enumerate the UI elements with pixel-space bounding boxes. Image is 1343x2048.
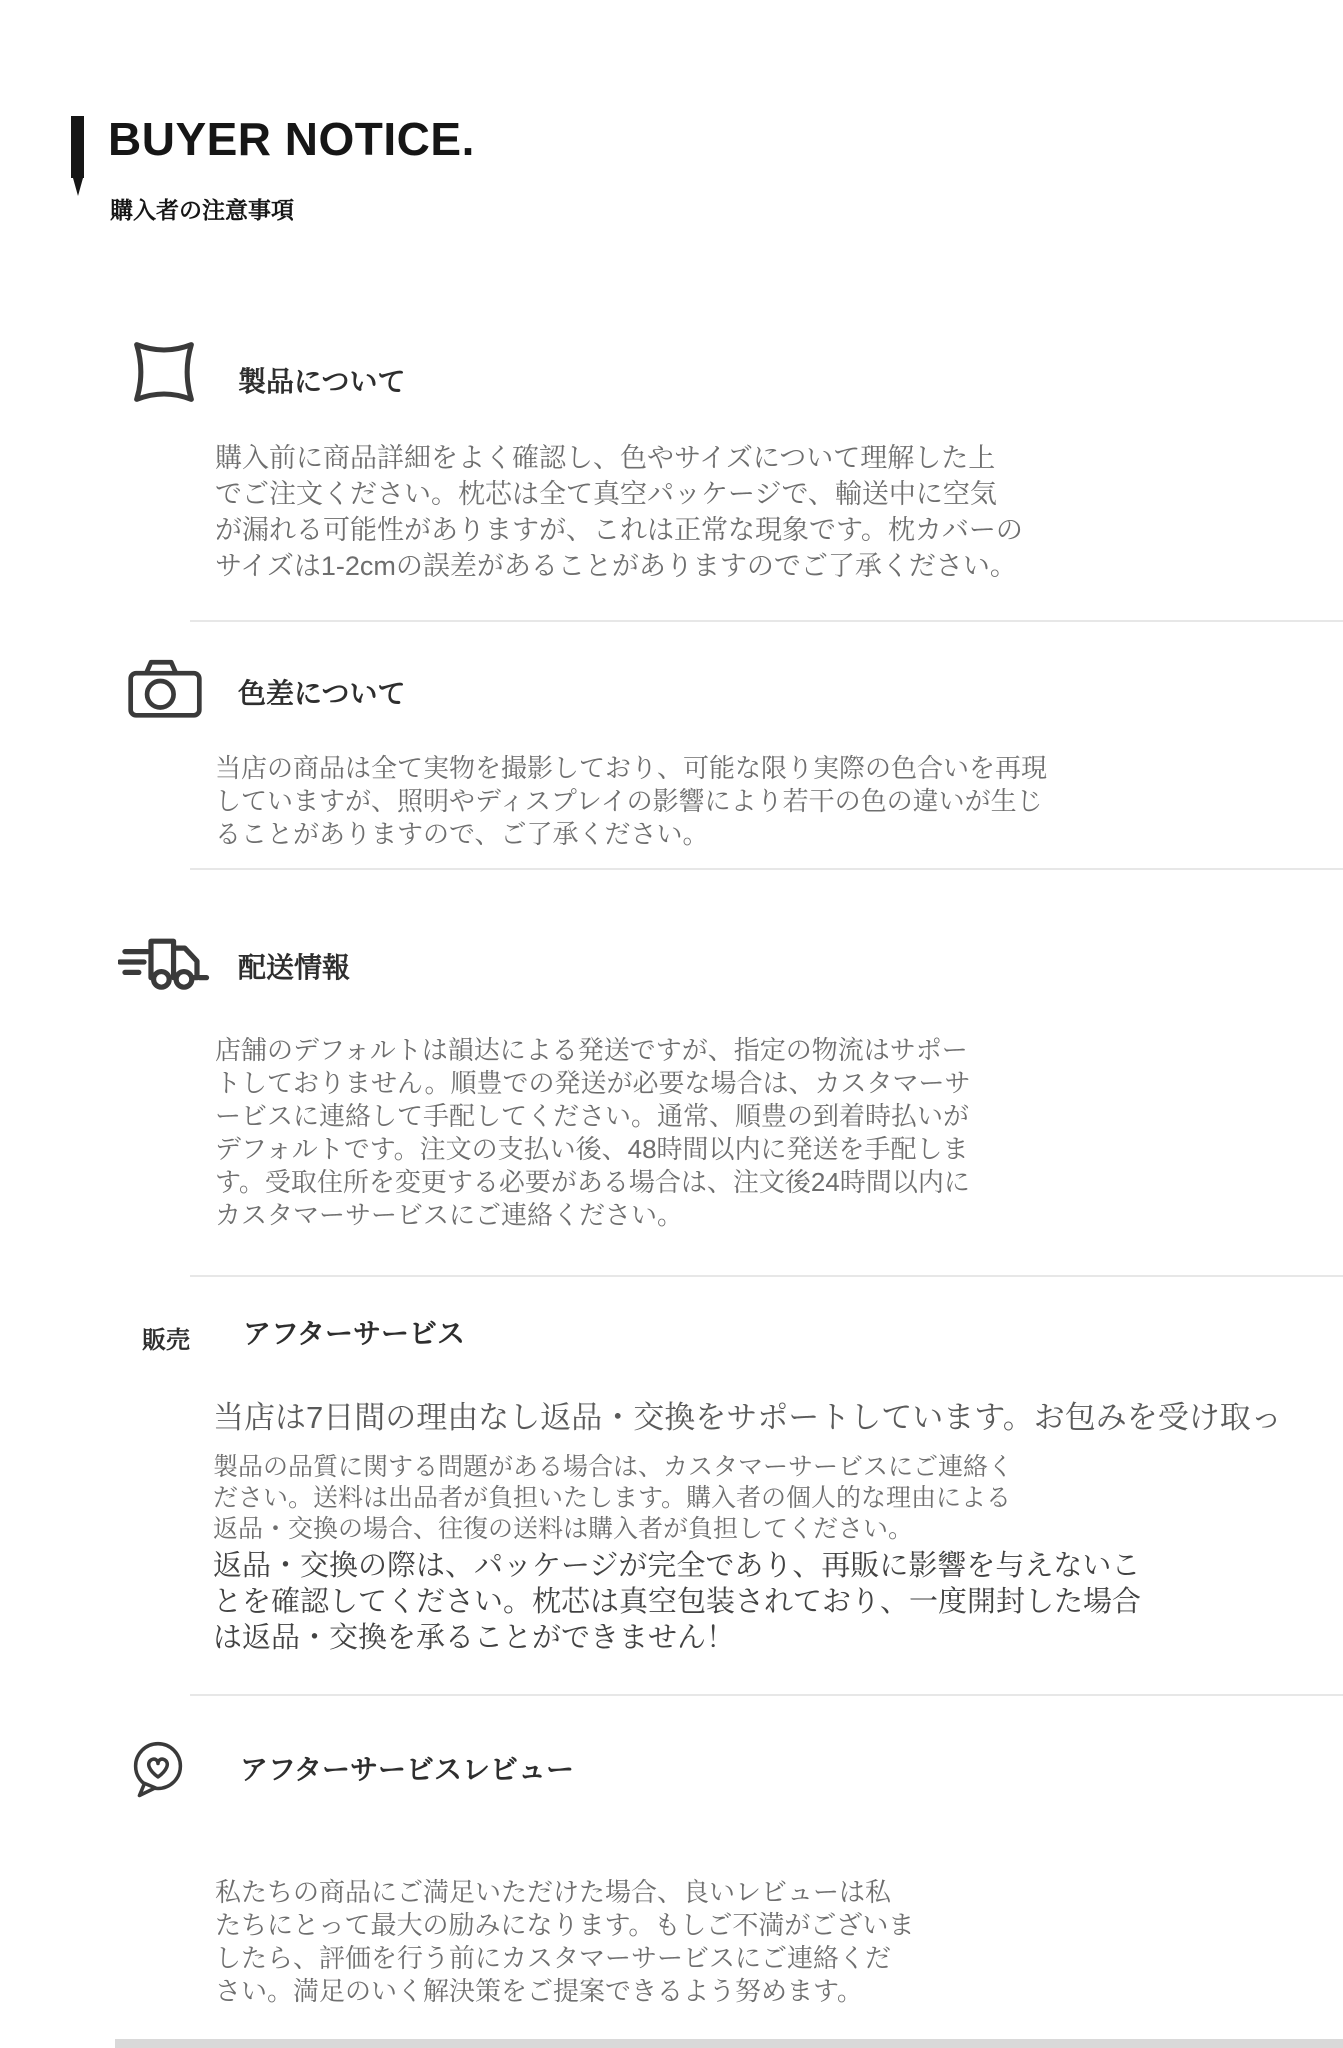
section-body-color: 当店の商品は全て実物を撮影しており、可能な限り実際の色合いを再現 していますが、… (215, 752, 1047, 851)
bottom-strip (115, 2039, 1343, 2048)
section-title-color: 色差について (238, 672, 405, 712)
after-service-label: 販売 (142, 1320, 190, 1355)
divider (190, 868, 1343, 870)
divider (190, 1275, 1343, 1277)
divider (190, 620, 1343, 622)
buyer-notice-panel: BUYER NOTICE. 購入者の注意事項 製品について 購入前に商品詳細をよ… (0, 0, 1343, 2048)
section-title-review: アフターサービスレビュー (240, 1748, 574, 1788)
delivery-truck-icon (118, 928, 210, 996)
after-service-detail: 製品の品質に関する問題がある場合は、カスタマーサービスにご連絡く ださい。送料は… (213, 1452, 1013, 1545)
section-body-review: 私たちの商品にご満足いただけた場合、良いレビューは私 たちにとって最大の励みにな… (215, 1876, 914, 2008)
section-title-shipping: 配送情報 (238, 946, 350, 986)
pillow-icon (128, 336, 200, 408)
camera-icon (126, 656, 204, 720)
section-title-product: 製品について (238, 360, 405, 400)
after-service-warning: 返品・交換の際は、パッケージが完全であり、再販に影響を与えないこ とを確認してく… (213, 1548, 1141, 1656)
page-subtitle: 購入者の注意事項 (110, 192, 294, 225)
section-body-product: 購入前に商品詳細をよく確認し、色やサイズについて理解した上 でご注文ください。枕… (215, 440, 1023, 584)
after-service-lead: 当店は7日間の理由なし返品・交換をサポートしています。お包みを受け取っ (213, 1398, 1343, 1438)
page-title: BUYER NOTICE. (108, 112, 475, 166)
section-title-after-service: アフターサービス (243, 1312, 465, 1352)
section-body-shipping: 店舗のデフォルトは韻达による発送ですが、指定の物流はサポー トしておりません。順… (215, 1034, 971, 1232)
heart-chat-icon (126, 1736, 190, 1800)
divider (190, 1694, 1343, 1696)
header-accent-bar (71, 116, 84, 178)
